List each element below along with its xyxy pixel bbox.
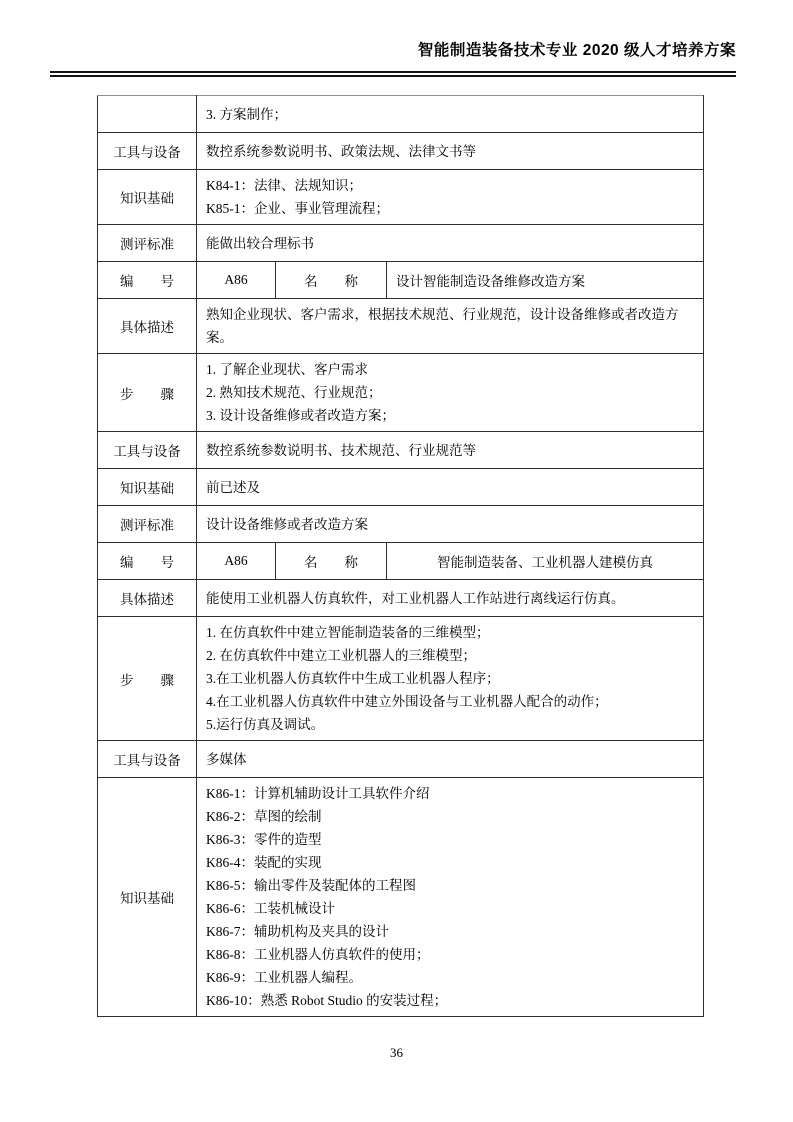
row-content: 1. 了解企业现状、客户需求2. 熟知技术规范、行业规范；3. 设计设备维修或者…	[197, 354, 704, 432]
content-line: K86-10：熟悉 Robot Studio 的安装过程；	[206, 989, 694, 1012]
content-line: K86-7：辅助机构及夹具的设计	[206, 920, 694, 943]
row-label: 编 号	[98, 543, 197, 580]
training-task-table: 3. 方案制作； 工具与设备 数控系统参数说明书、政策法规、法律文书等 知识基础…	[97, 95, 704, 1017]
row-label: 测评标准	[98, 225, 197, 262]
row-content: 设计设备维修或者改造方案	[197, 506, 704, 543]
table-row: 工具与设备 数控系统参数说明书、技术规范、行业规范等	[98, 432, 704, 469]
content-line: 前已述及	[206, 476, 694, 499]
document-page: 智能制造装备技术专业 2020 级人才培养方案 3. 方案制作； 工具与设备 数…	[0, 0, 793, 1122]
row-label: 步 骤	[98, 617, 197, 741]
content-line: K84-1：法律、法规知识；	[206, 174, 694, 197]
table-row: 具体描述 熟知企业现状、客户需求，根据技术规范、行业规范，设计设备维修或者改造方…	[98, 299, 704, 354]
row-content: 3. 方案制作；	[197, 96, 704, 133]
row-content: K86-1：计算机辅助设计工具软件介绍K86-2：草图的绘制K86-3：零件的造…	[197, 778, 704, 1017]
content-line: K86-8：工业机器人仿真软件的使用；	[206, 943, 694, 966]
name-label: 名 称	[276, 262, 387, 299]
table-row: 知识基础 K86-1：计算机辅助设计工具软件介绍K86-2：草图的绘制K86-3…	[98, 778, 704, 1017]
row-label: 测评标准	[98, 506, 197, 543]
content-line: K86-3：零件的造型	[206, 828, 694, 851]
row-label: 知识基础	[98, 170, 197, 225]
task-id-value: A86	[197, 543, 276, 580]
content-line: 1. 在仿真软件中建立智能制造装备的三维模型；	[206, 621, 694, 644]
table-row: 步 骤 1. 在仿真软件中建立智能制造装备的三维模型；2. 在仿真软件中建立工业…	[98, 617, 704, 741]
content-line: 3. 方案制作；	[206, 103, 694, 126]
content-line: 3.在工业机器人仿真软件中生成工业机器人程序；	[206, 667, 694, 690]
row-content: 熟知企业现状、客户需求，根据技术规范、行业规范，设计设备维修或者改造方案。	[197, 299, 704, 354]
table-row-id-name: 编 号 A86 名 称 设计智能制造设备维修改造方案	[98, 262, 704, 299]
table-row: 3. 方案制作；	[98, 96, 704, 133]
name-label: 名 称	[276, 543, 387, 580]
content-line: 多媒体	[206, 748, 694, 771]
table-row-id-name: 编 号 A86 名 称 智能制造装备、工业机器人建模仿真	[98, 543, 704, 580]
content-line: K86-1：计算机辅助设计工具软件介绍	[206, 782, 694, 805]
row-content: 能使用工业机器人仿真软件，对工业机器人工作站进行离线运行仿真。	[197, 580, 704, 617]
table-row: 测评标准 能做出较合理标书	[98, 225, 704, 262]
row-label: 编 号	[98, 262, 197, 299]
content-line: 能使用工业机器人仿真软件，对工业机器人工作站进行离线运行仿真。	[206, 587, 694, 610]
row-content: 能做出较合理标书	[197, 225, 704, 262]
row-content: K84-1：法律、法规知识；K85-1：企业、事业管理流程；	[197, 170, 704, 225]
table-row: 工具与设备 数控系统参数说明书、政策法规、法律文书等	[98, 133, 704, 170]
document-title: 智能制造装备技术专业 2020 级人才培养方案	[418, 38, 736, 60]
row-label: 知识基础	[98, 778, 197, 1017]
content-line: 1. 了解企业现状、客户需求	[206, 358, 694, 381]
row-label: 工具与设备	[98, 741, 197, 778]
content-line: 数控系统参数说明书、政策法规、法律文书等	[206, 140, 694, 163]
table-row: 知识基础 K84-1：法律、法规知识；K85-1：企业、事业管理流程；	[98, 170, 704, 225]
content-line: K86-6：工装机械设计	[206, 897, 694, 920]
row-content: 多媒体	[197, 741, 704, 778]
row-content: 数控系统参数说明书、政策法规、法律文书等	[197, 133, 704, 170]
content-line: 3. 设计设备维修或者改造方案；	[206, 404, 694, 427]
table-body: 3. 方案制作； 工具与设备 数控系统参数说明书、政策法规、法律文书等 知识基础…	[98, 96, 704, 1017]
task-name-value: 设计智能制造设备维修改造方案	[387, 262, 704, 299]
task-id-value: A86	[197, 262, 276, 299]
content-line: 熟知企业现状、客户需求，根据技术规范、行业规范，设计设备维修或者改造方案。	[206, 303, 694, 349]
content-line: K85-1：企业、事业管理流程；	[206, 197, 694, 220]
row-label: 具体描述	[98, 299, 197, 354]
content-line: K86-4：装配的实现	[206, 851, 694, 874]
content-line: 5.运行仿真及调试。	[206, 713, 694, 736]
header-rule	[50, 71, 736, 77]
row-label: 具体描述	[98, 580, 197, 617]
row-label	[98, 96, 197, 133]
row-label: 工具与设备	[98, 133, 197, 170]
content-line: 能做出较合理标书	[206, 232, 694, 255]
content-line: K86-5：输出零件及装配体的工程图	[206, 874, 694, 897]
row-content: 数控系统参数说明书、技术规范、行业规范等	[197, 432, 704, 469]
row-content: 1. 在仿真软件中建立智能制造装备的三维模型；2. 在仿真软件中建立工业机器人的…	[197, 617, 704, 741]
content-line: 数控系统参数说明书、技术规范、行业规范等	[206, 439, 694, 462]
row-label: 工具与设备	[98, 432, 197, 469]
table-row: 测评标准 设计设备维修或者改造方案	[98, 506, 704, 543]
content-line: 2. 熟知技术规范、行业规范；	[206, 381, 694, 404]
row-content: 前已述及	[197, 469, 704, 506]
content-line: K86-9：工业机器人编程。	[206, 966, 694, 989]
content-line: 4.在工业机器人仿真软件中建立外围设备与工业机器人配合的动作；	[206, 690, 694, 713]
task-name-value: 智能制造装备、工业机器人建模仿真	[387, 543, 704, 580]
content-line: K86-2：草图的绘制	[206, 805, 694, 828]
table-row: 具体描述 能使用工业机器人仿真软件，对工业机器人工作站进行离线运行仿真。	[98, 580, 704, 617]
table-row: 工具与设备 多媒体	[98, 741, 704, 778]
row-label: 步 骤	[98, 354, 197, 432]
row-label: 知识基础	[98, 469, 197, 506]
table-row: 步 骤 1. 了解企业现状、客户需求2. 熟知技术规范、行业规范；3. 设计设备…	[98, 354, 704, 432]
table-row: 知识基础 前已述及	[98, 469, 704, 506]
content-line: 设计设备维修或者改造方案	[206, 513, 694, 536]
page-number: 36	[0, 1045, 793, 1061]
content-line: 2. 在仿真软件中建立工业机器人的三维模型；	[206, 644, 694, 667]
